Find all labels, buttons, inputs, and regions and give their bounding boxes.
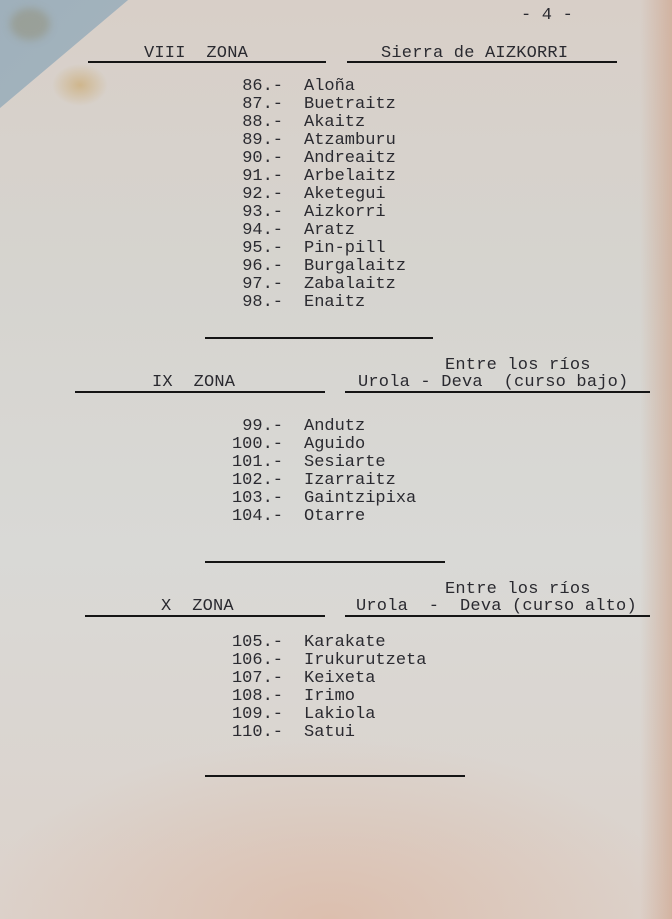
zone-heading: IX ZONA [152,374,235,392]
entry-name: Zabalaitz [304,276,396,294]
entry-name: Burgalaitz [304,258,406,276]
entry-name: Andreaitz [304,150,396,168]
stain [10,8,50,40]
heading-underline [85,615,325,617]
entry-name: Irimo [304,688,355,706]
entry-name: Atzamburu [304,132,396,150]
entry-name: Andutz [304,418,365,436]
entry-number: 95.- [203,240,283,258]
entry-number: 104.- [203,508,283,526]
subtitle-underline [345,615,650,617]
heading-underline [75,391,325,393]
entry-name: Akaitz [304,114,365,132]
entry-number: 89.- [203,132,283,150]
zone-heading: X ZONA [161,598,234,616]
entry-number: 98.- [203,294,283,312]
entry-name: Arbelaitz [304,168,396,186]
entry-name: Irukurutzeta [304,652,426,670]
entry-number: 109.- [203,706,283,724]
entry-name: Lakiola [304,706,375,724]
entry-name: Otarre [304,508,365,526]
subtitle-underline [345,391,650,393]
entry-name: Satui [304,724,355,742]
entry-number: 86.- [203,78,283,96]
entry-number: 92.- [203,186,283,204]
entry-number: 87.- [203,96,283,114]
page-number: - 4 - [521,7,573,25]
entry-name: Buetraitz [304,96,396,114]
entry-number: 100.- [203,436,283,454]
entry-number: 93.- [203,204,283,222]
entry-name: Pin-pill [304,240,386,258]
entry-name: Aloña [304,78,355,96]
entry-name: Aguido [304,436,365,454]
entry-number: 91.- [203,168,283,186]
entry-number: 102.- [203,472,283,490]
entry-number: 108.- [203,688,283,706]
zone-subtitle: Urola - Deva (curso alto) [356,598,637,616]
entry-number: 96.- [203,258,283,276]
entry-name: Aratz [304,222,355,240]
entry-name: Izarraitz [304,472,396,490]
entry-name: Aizkorri [304,204,386,222]
entry-number: 88.- [203,114,283,132]
entry-name: Gaintzipixa [304,490,416,508]
entry-number: 105.- [203,634,283,652]
entry-name: Sesiarte [304,454,386,472]
entry-number: 94.- [203,222,283,240]
zone-subtitle: Urola - Deva (curso bajo) [358,374,628,392]
entry-number: 90.- [203,150,283,168]
subtitle-underline [347,61,617,63]
entry-number: 103.- [203,490,283,508]
entry-number: 106.- [203,652,283,670]
entry-name: Aketegui [304,186,386,204]
entry-number: 101.- [203,454,283,472]
entry-number: 99.- [203,418,283,436]
section-separator [205,775,465,777]
entry-name: Karakate [304,634,386,652]
entry-name: Enaitz [304,294,365,312]
entry-name: Keixeta [304,670,375,688]
entry-number: 97.- [203,276,283,294]
entry-number: 107.- [203,670,283,688]
section-separator [205,561,445,563]
entry-number: 110.- [203,724,283,742]
heading-underline [88,61,326,63]
section-separator [205,337,433,339]
